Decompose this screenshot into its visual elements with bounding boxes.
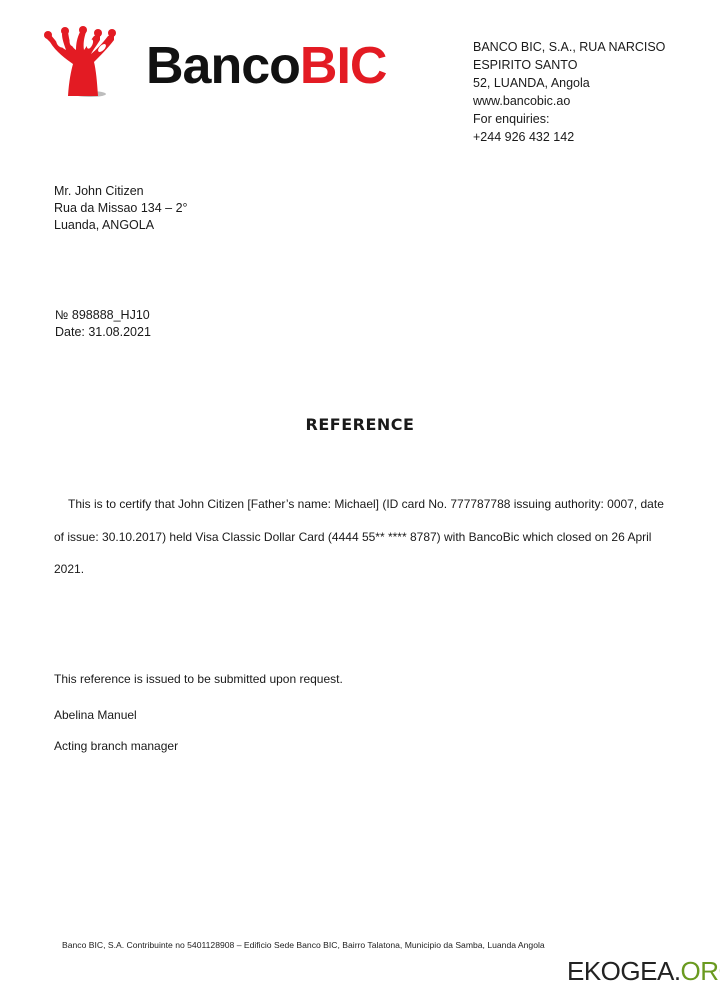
recipient-name: Mr. John Citizen <box>54 183 188 200</box>
document-body: This is to certify that John Citizen [Fa… <box>54 488 674 586</box>
address-line: ESPIRITO SANTO <box>473 56 665 74</box>
reference-number: № 898888_HJ10 <box>55 307 151 324</box>
closing-statement: This reference is issued to be submitted… <box>54 672 343 687</box>
enquiries-phone: +244 926 432 142 <box>473 128 665 146</box>
reference-date: Date: 31.08.2021 <box>55 324 151 341</box>
logo-text-bic: BIC <box>300 37 387 95</box>
bank-address-block: BANCO BIC, S.A., RUA NARCISO ESPIRITO SA… <box>473 38 665 146</box>
watermark-part1: EKOGEA. <box>567 956 681 986</box>
document-footer: Banco BIC, S.A. Contribuinte no 54011289… <box>62 940 545 950</box>
recipient-street: Rua da Missao 134 – 2° <box>54 200 188 217</box>
address-line: BANCO BIC, S.A., RUA NARCISO <box>473 38 665 56</box>
recipient-city: Luanda, ANGOLA <box>54 217 188 234</box>
logo-text-banco: Banco <box>146 37 300 95</box>
bank-website: www.bancobic.ao <box>473 92 665 110</box>
signatory-title: Acting branch manager <box>54 739 178 753</box>
enquiries-label: For enquiries: <box>473 110 665 128</box>
address-line: 52, LUANDA, Angola <box>473 74 665 92</box>
watermark-part2: ORG <box>681 956 720 986</box>
recipient-address: Mr. John Citizen Rua da Missao 134 – 2° … <box>54 183 188 234</box>
reference-details: № 898888_HJ10 Date: 31.08.2021 <box>55 307 151 341</box>
watermark: EKOGEA.ORG <box>567 956 720 987</box>
bank-logo-wordmark: BancoBIC <box>146 34 386 98</box>
bank-logo-tree-icon <box>38 26 122 98</box>
document-title: REFERENCE <box>0 415 720 434</box>
signatory-name: Abelina Manuel <box>54 708 137 722</box>
body-paragraph: This is to certify that John Citizen [Fa… <box>54 497 664 576</box>
